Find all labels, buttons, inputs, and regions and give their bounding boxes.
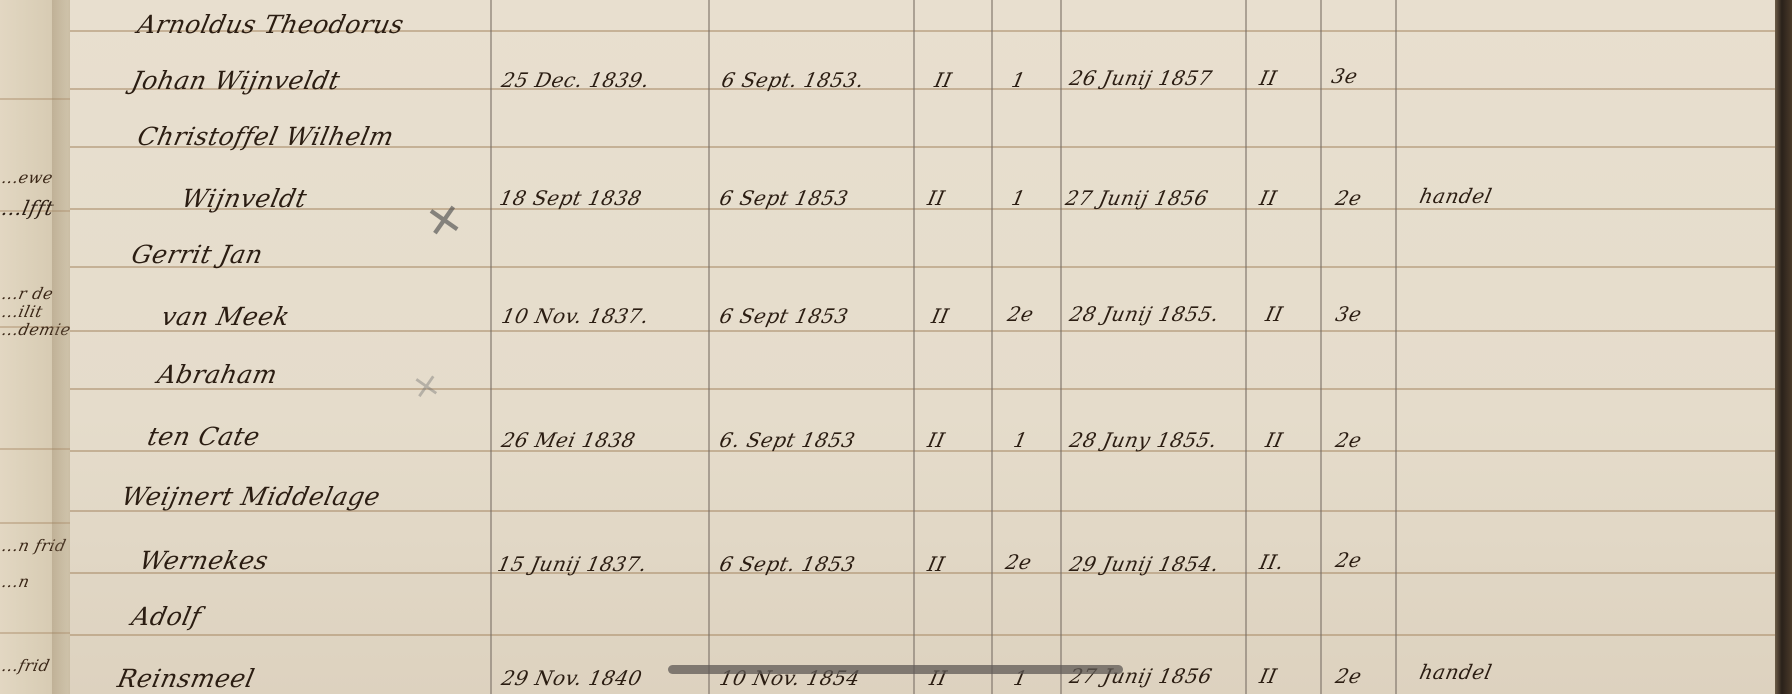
ruling-line <box>70 330 1775 332</box>
name-line: Wijnveldt <box>179 184 310 213</box>
rank-in: 1 <box>1011 428 1029 452</box>
birth-date: 18 Sept 1838 <box>497 186 644 210</box>
admission-date: 6 Sept. 1853 <box>717 552 857 576</box>
column-rule <box>1395 0 1397 694</box>
name-line: Weijnert Middelage <box>119 482 383 511</box>
class-out: II. <box>1257 550 1286 574</box>
register-page: Arnoldus Theodorus Johan Wijnveldt 25 De… <box>70 0 1775 694</box>
rank-out: 2e <box>1333 186 1364 210</box>
left-fragment: ...ilit <box>0 302 45 321</box>
pencil-cross-mark: ⨯ <box>409 364 444 408</box>
name-line: Adolf <box>129 602 204 631</box>
remark: handel <box>1417 660 1494 684</box>
ruling-line <box>70 450 1775 452</box>
left-fragment: ...n <box>0 572 32 591</box>
column-rule <box>1245 0 1247 694</box>
left-fragment: ...frid <box>0 656 52 675</box>
class-in: II <box>925 428 947 452</box>
pencil-cross-mark: ✕ <box>422 193 467 250</box>
class-out: II <box>1263 302 1285 326</box>
name-line: Christoffel Wilhelm <box>135 122 397 151</box>
rank-out: 2e <box>1333 664 1364 688</box>
rank-out: 2e <box>1333 548 1364 572</box>
class-out: II <box>1257 66 1279 90</box>
leave-date: 26 Junij 1857 <box>1067 66 1214 90</box>
admission-date: 6. Sept 1853 <box>717 428 857 452</box>
column-rule <box>1320 0 1322 694</box>
class-out: II <box>1263 428 1285 452</box>
admission-date: 6 Sept 1853 <box>717 186 850 210</box>
remark: handel <box>1417 184 1494 208</box>
rank-in: 2e <box>1005 302 1036 326</box>
admission-date: 6 Sept. 1853. <box>719 68 866 92</box>
class-in: II <box>929 304 951 328</box>
admission-date: 6 Sept 1853 <box>717 304 850 328</box>
name-line: Wernekes <box>137 546 271 575</box>
ruling-line <box>70 266 1775 268</box>
left-fragment: ...r de <box>0 284 55 303</box>
left-fragment: ...lfft <box>0 196 56 220</box>
leave-date: 27 Junij 1856 <box>1063 186 1210 210</box>
column-rule <box>913 0 915 694</box>
ruling-line <box>70 208 1775 210</box>
class-out: II <box>1257 186 1279 210</box>
rank-out: 2e <box>1333 428 1364 452</box>
leave-date: 28 Junij 1855. <box>1067 302 1221 326</box>
name-line: van Meek <box>159 302 293 331</box>
name-line: Arnoldus Theodorus <box>135 10 407 39</box>
name-line: ten Cate <box>145 422 263 451</box>
rank-out: 3e <box>1333 302 1364 326</box>
birth-date: 29 Nov. 1840 <box>499 666 644 690</box>
rank-in: 2e <box>1003 550 1034 574</box>
leave-date: 29 Junij 1854. <box>1067 552 1221 576</box>
ruling-line <box>70 572 1775 574</box>
class-out: II <box>1257 664 1279 688</box>
name-line: Gerrit Jan <box>129 240 266 269</box>
ruling-line <box>70 634 1775 636</box>
name-line: Abraham <box>155 360 280 389</box>
leave-date: 28 Juny 1855. <box>1067 428 1219 452</box>
column-rule <box>490 0 492 694</box>
column-rule <box>1060 0 1062 694</box>
rank-in: 1 <box>1009 186 1027 210</box>
left-fragment: ...ewe <box>0 168 55 187</box>
birth-date: 15 Junij 1837. <box>495 552 649 576</box>
birth-date: 10 Nov. 1837. <box>499 304 651 328</box>
horizontal-scroll-indicator[interactable] <box>668 665 1123 674</box>
name-line: Reinsmeel <box>115 664 258 693</box>
class-in: II <box>925 186 947 210</box>
book-binding-edge <box>1775 0 1792 694</box>
column-rule <box>991 0 993 694</box>
column-rule <box>708 0 710 694</box>
rank-out: 3e <box>1329 64 1360 88</box>
birth-date: 25 Dec. 1839. <box>499 68 651 92</box>
name-line: Johan Wijnveldt <box>129 66 343 95</box>
ruling-line <box>70 388 1775 390</box>
birth-date: 26 Mei 1838 <box>499 428 637 452</box>
